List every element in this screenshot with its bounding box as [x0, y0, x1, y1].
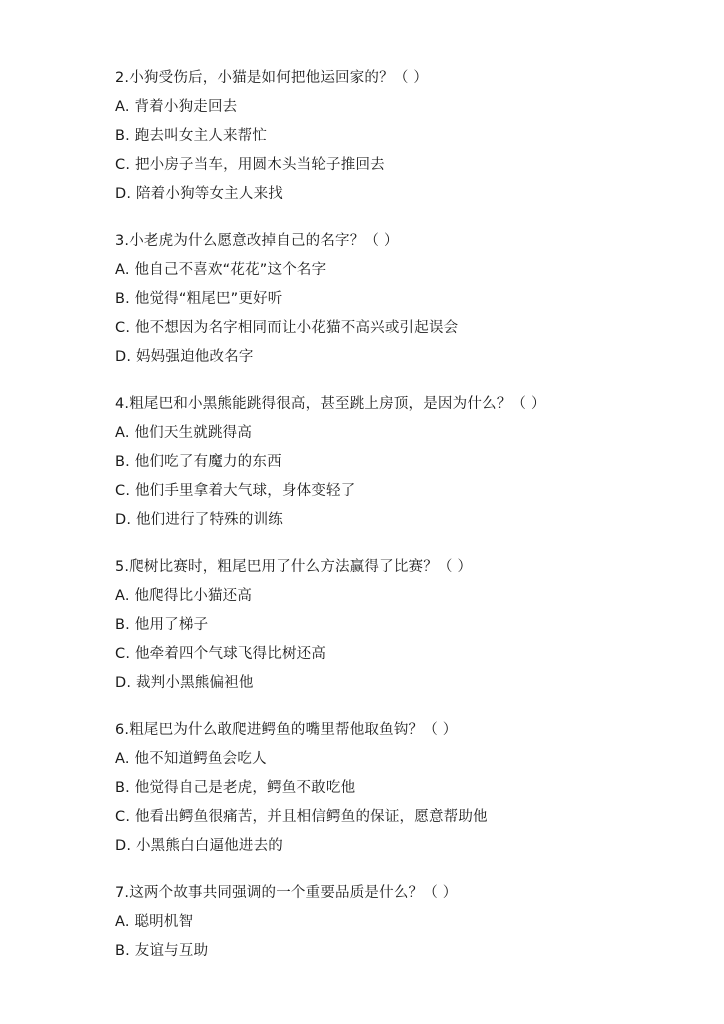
question-stem: 2.小狗受伤后，小猫是如何把他运回家的？（ ）: [115, 64, 695, 93]
question-stem: 6.粗尾巴为什么敢爬进鳄鱼的嘴里帮他取鱼钩？（ ）: [115, 716, 695, 745]
option-b: B. 他们吃了有魔力的东西: [115, 448, 695, 477]
question-4: 4.粗尾巴和小黑熊能跳得很高，甚至跳上房顶，是因为什么？（ ） A. 他们天生就…: [115, 390, 695, 535]
option-a: A. 他爬得比小猫还高: [115, 582, 695, 611]
option-c: C. 把小房子当车，用圆木头当轮子推回去: [115, 151, 695, 180]
option-c: C. 他看出鳄鱼很痛苦，并且相信鳄鱼的保证，愿意帮助他: [115, 803, 695, 832]
question-5: 5.爬树比赛时，粗尾巴用了什么方法赢得了比赛？（ ） A. 他爬得比小猫还高 B…: [115, 553, 695, 698]
quiz-page: 2.小狗受伤后，小猫是如何把他运回家的？（ ） A. 背着小狗走回去 B. 跑去…: [115, 64, 695, 984]
option-a: A. 他们天生就跳得高: [115, 419, 695, 448]
question-stem: 3.小老虎为什么愿意改掉自己的名字？（ ）: [115, 227, 695, 256]
question-stem: 4.粗尾巴和小黑熊能跳得很高，甚至跳上房顶，是因为什么？（ ）: [115, 390, 695, 419]
option-d: D. 裁判小黑熊偏袒他: [115, 669, 695, 698]
question-stem: 7.这两个故事共同强调的一个重要品质是什么？（ ）: [115, 879, 695, 908]
option-a: A. 他自己不喜欢“花花”这个名字: [115, 256, 695, 285]
question-stem: 5.爬树比赛时，粗尾巴用了什么方法赢得了比赛？（ ）: [115, 553, 695, 582]
option-b: B. 友谊与互助: [115, 937, 695, 966]
option-a: A. 聪明机智: [115, 908, 695, 937]
option-c: C. 他们手里拿着大气球，身体变轻了: [115, 477, 695, 506]
question-7: 7.这两个故事共同强调的一个重要品质是什么？（ ） A. 聪明机智 B. 友谊与…: [115, 879, 695, 966]
question-3: 3.小老虎为什么愿意改掉自己的名字？（ ） A. 他自己不喜欢“花花”这个名字 …: [115, 227, 695, 372]
question-6: 6.粗尾巴为什么敢爬进鳄鱼的嘴里帮他取鱼钩？（ ） A. 他不知道鳄鱼会吃人 B…: [115, 716, 695, 861]
option-c: C. 他不想因为名字相同而让小花猫不高兴或引起误会: [115, 314, 695, 343]
option-d: D. 小黑熊白白逼他进去的: [115, 832, 695, 861]
option-d: D. 妈妈强迫他改名字: [115, 343, 695, 372]
option-c: C. 他牵着四个气球飞得比树还高: [115, 640, 695, 669]
option-d: D. 陪着小狗等女主人来找: [115, 180, 695, 209]
option-d: D. 他们进行了特殊的训练: [115, 506, 695, 535]
option-a: A. 背着小狗走回去: [115, 93, 695, 122]
option-b: B. 他觉得自己是老虎，鳄鱼不敢吃他: [115, 774, 695, 803]
question-2: 2.小狗受伤后，小猫是如何把他运回家的？（ ） A. 背着小狗走回去 B. 跑去…: [115, 64, 695, 209]
option-b: B. 跑去叫女主人来帮忙: [115, 122, 695, 151]
option-b: B. 他用了梯子: [115, 611, 695, 640]
option-b: B. 他觉得“粗尾巴”更好听: [115, 285, 695, 314]
option-a: A. 他不知道鳄鱼会吃人: [115, 745, 695, 774]
